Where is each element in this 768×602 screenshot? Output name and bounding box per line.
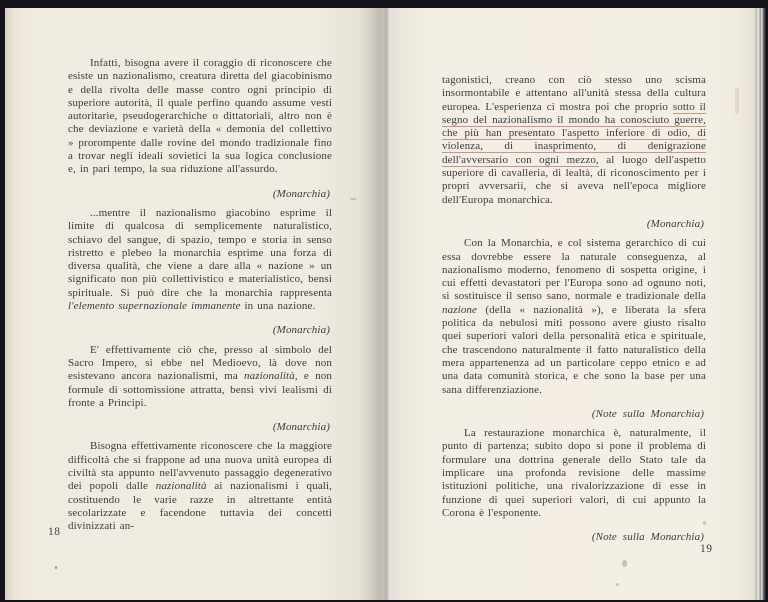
paper-stain <box>735 88 739 114</box>
page-number-right: 19 <box>700 543 713 555</box>
paper-speck <box>55 566 57 569</box>
paper-speck <box>703 521 706 525</box>
page-number-left: 18 <box>48 526 61 538</box>
attribution-label: (Monarchia) <box>68 421 330 434</box>
attribution-label: (Note sulla Monarchia) <box>442 408 704 421</box>
paper-speck <box>622 560 627 567</box>
book-gutter-shadow <box>371 8 401 600</box>
body-paragraph: Infatti, bisogna avere il coraggio di ri… <box>68 57 332 177</box>
paper-speck <box>616 583 619 586</box>
body-paragraph: tagonistici, creano con ciò stesso uno s… <box>442 74 706 207</box>
left-page-text: Infatti, bisogna avere il coraggio di ri… <box>68 57 332 534</box>
pencil-mark <box>350 198 357 200</box>
body-paragraph: E' effettivamente ciò che, presso al sim… <box>68 344 332 410</box>
page-edge-stack <box>753 8 766 600</box>
attribution-label: (Note sulla Monarchia) <box>442 531 704 544</box>
right-page-text: tagonistici, creano con ciò stesso uno s… <box>442 74 706 551</box>
attribution-label: (Monarchia) <box>68 324 330 337</box>
body-paragraph: ...mentre il nazionalismo giacobino espr… <box>68 207 332 313</box>
body-paragraph: Bisogna effettivamente riconoscere che l… <box>68 440 332 533</box>
attribution-label: (Monarchia) <box>442 218 704 231</box>
body-paragraph: La restaurazione monarchica è, naturalme… <box>442 427 706 520</box>
body-paragraph: Con la Monarchia, e col sistema gerarchi… <box>442 237 706 397</box>
book-scan: Infatti, bisogna avere il coraggio di ri… <box>0 0 768 602</box>
attribution-label: (Monarchia) <box>68 188 330 201</box>
